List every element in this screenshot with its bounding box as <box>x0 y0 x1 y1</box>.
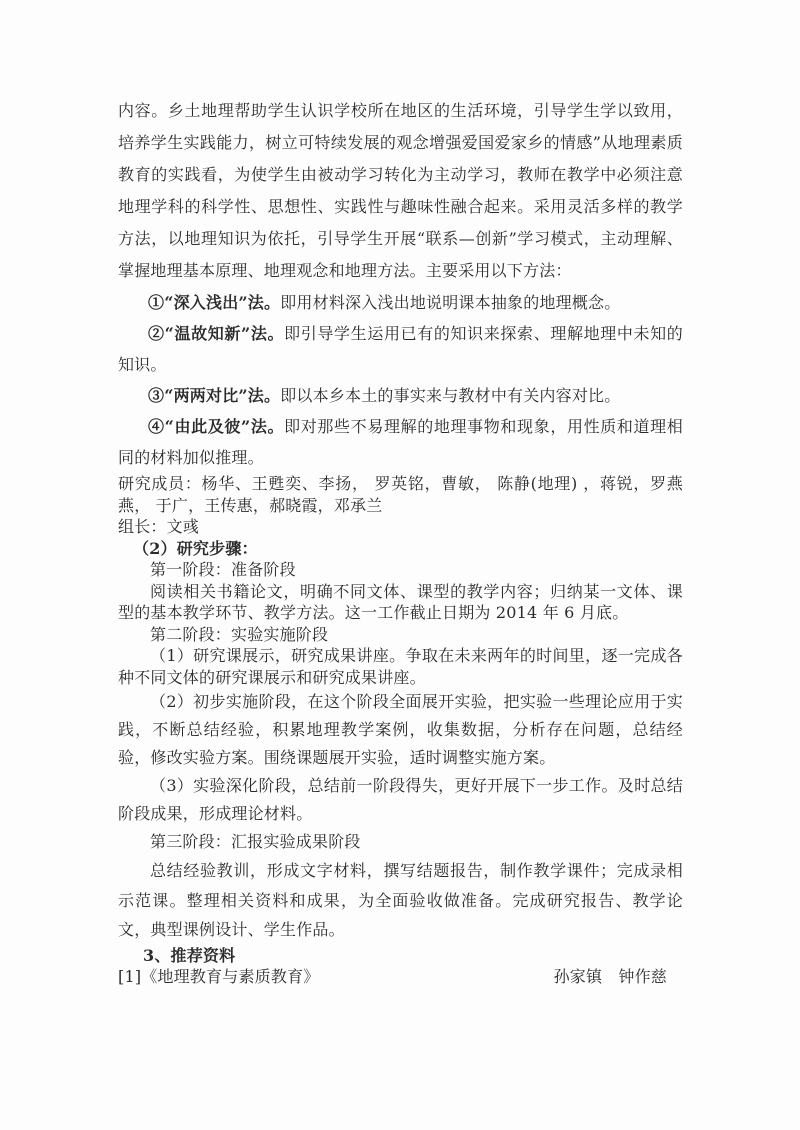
reference-entry: [1]《地理教育与素质教育》 孙家镇 钟作慈 <box>118 966 683 988</box>
method-item-2: ②“温故知新”法。即引导学生运用已有的知识来探索、理解地理中未知的知识。 <box>118 318 683 380</box>
recommended-resources-heading: 3、推荐资料 <box>118 945 683 967</box>
stage1-paragraph: 阅读相关书籍论文，明确不同文体、课型的教学内容；归纳某一文体、课型的基本教学环节… <box>118 581 683 624</box>
reference-authors: 孙家镇 钟作慈 <box>554 966 683 988</box>
group-leader-line: 组长：文彧 <box>118 516 683 538</box>
method-4-label: ④“由此及彼”法。 <box>148 417 284 436</box>
reference-title: [1]《地理教育与素质教育》 <box>118 966 319 988</box>
method-1-text: 即用材料深入浅出地说明课本抽象的地理概念。 <box>280 293 620 312</box>
stage2-item-1: （1）研究课展示，研究成果讲座。争取在未来两年的时间里，逐一完成各种不同文体的研… <box>118 645 683 688</box>
method-item-3: ③“两两对比”法。即以本乡本土的事实来与教材中有关内容对比。 <box>118 380 683 411</box>
stage2-item-3: （3）实验深化阶段，总结前一阶段得失，更好开展下一步工作。及时总结阶段成果，形成… <box>118 772 683 828</box>
research-members-line: 研究成员：杨华、王甦奕、李扬， 罗英铭，曹敏， 陈静(地理) ，蒋锐，罗燕燕， … <box>118 473 683 516</box>
method-1-label: ①“深入浅出”法。 <box>148 293 280 312</box>
research-steps-heading: （2）研究步骤： <box>118 538 683 560</box>
stage2-item-2: （2）初步实施阶段，在这个阶段全面展开实验，把实验一些理论应用于实践，不断总结经… <box>118 688 683 772</box>
method-2-label: ②“温故知新”法。 <box>148 324 284 343</box>
intro-paragraph: 内容。乡土地理帮助学生认识学校所在地区的生活环境，引导学生学以致用，培养学生实践… <box>118 95 683 287</box>
stage2-heading: 第二阶段：实验实施阶段 <box>118 624 683 646</box>
method-item-4: ④“由此及彼”法。即对那些不易理解的地理事物和现象，用性质和道理相同的材料加似推… <box>118 411 683 473</box>
document-content: 内容。乡土地理帮助学生认识学校所在地区的生活环境，引导学生学以致用，培养学生实践… <box>118 95 683 988</box>
stage3-paragraph: 总结经验教训，形成文字材料，撰写结题报告，制作教学课件；完成录相示范课。整理相关… <box>118 856 683 945</box>
stage1-heading: 第一阶段：准备阶段 <box>118 559 683 581</box>
method-3-text: 即以本乡本土的事实来与教材中有关内容对比。 <box>280 386 620 405</box>
method-item-1: ①“深入浅出”法。即用材料深入浅出地说明课本抽象的地理概念。 <box>118 287 683 318</box>
stage3-heading: 第三阶段：汇报实验成果阶段 <box>118 828 683 856</box>
method-3-label: ③“两两对比”法。 <box>148 386 280 405</box>
document-page: 内容。乡土地理帮助学生认识学校所在地区的生活环境，引导学生学以致用，培养学生实践… <box>0 0 800 1130</box>
